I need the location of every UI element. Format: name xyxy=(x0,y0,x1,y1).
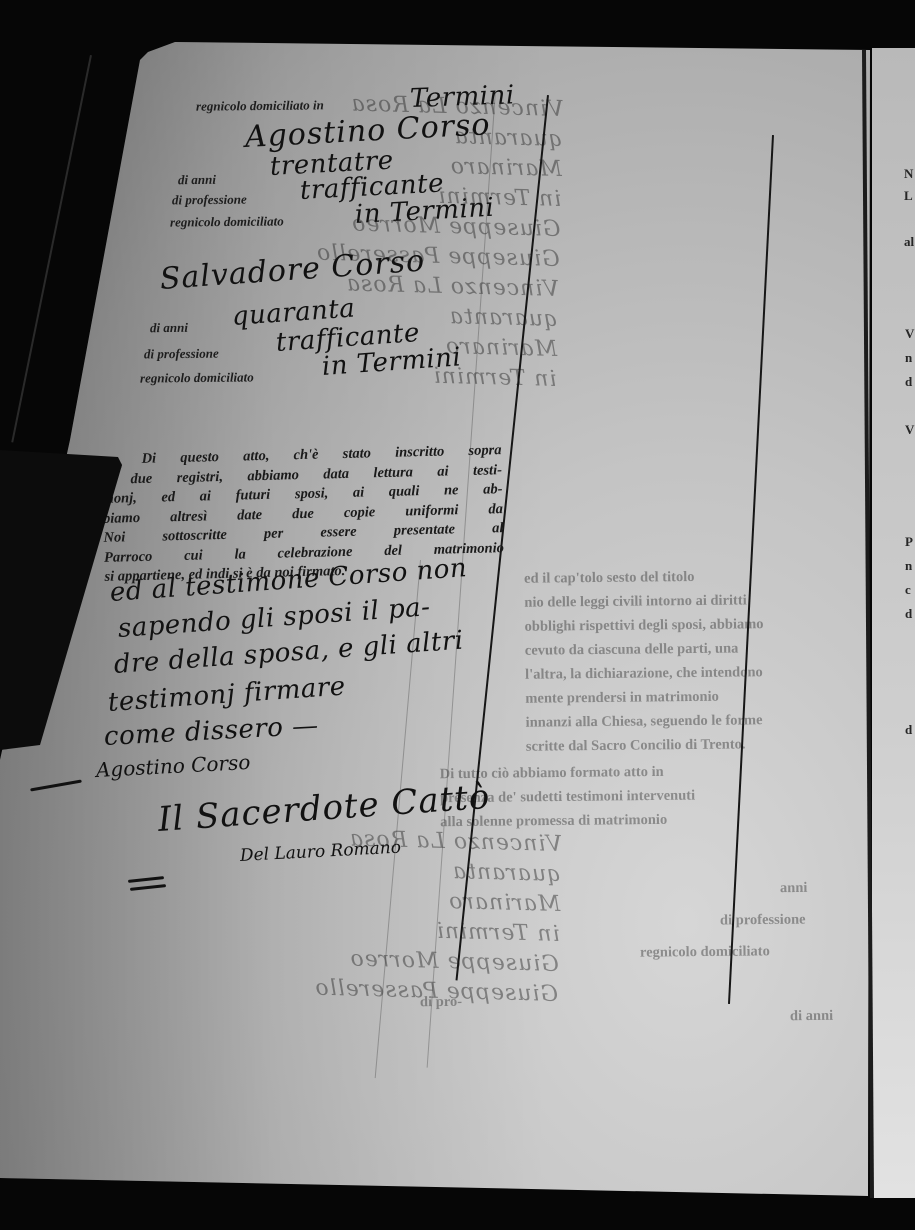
adjacent-right-page: N L al V n d V P n c d d xyxy=(872,48,915,1198)
right-page-fragment: n xyxy=(905,558,912,574)
right-page-fragment: V xyxy=(905,422,914,438)
right-page-fragment: d xyxy=(905,374,912,390)
label-domicile: regnicolo domiciliato xyxy=(170,213,284,230)
right-page-fragment: n xyxy=(905,350,912,366)
right-page-fragment: L xyxy=(904,188,913,204)
label-age: di anni xyxy=(150,320,188,336)
label-profession: di professione xyxy=(144,346,219,363)
right-page-fragment: d xyxy=(905,606,912,622)
label-age: di anni xyxy=(178,172,216,188)
right-page-fragment: c xyxy=(905,582,911,598)
label-profession: di professione xyxy=(172,192,247,209)
photo-scene: N L al V n d V P n c d d Vincenzo La Ros… xyxy=(0,0,915,1230)
label-domicile-top: regnicolo domiciliato in xyxy=(196,97,324,114)
right-page-fragment: N xyxy=(904,166,913,182)
right-page-fragment: V xyxy=(905,326,914,342)
left-margin-rule xyxy=(11,55,92,442)
right-page-fragment: P xyxy=(905,534,913,550)
right-page-fragment: al xyxy=(904,234,914,250)
label-domicile: regnicolo domiciliato xyxy=(140,369,254,386)
right-page-fragment: d xyxy=(905,722,912,738)
